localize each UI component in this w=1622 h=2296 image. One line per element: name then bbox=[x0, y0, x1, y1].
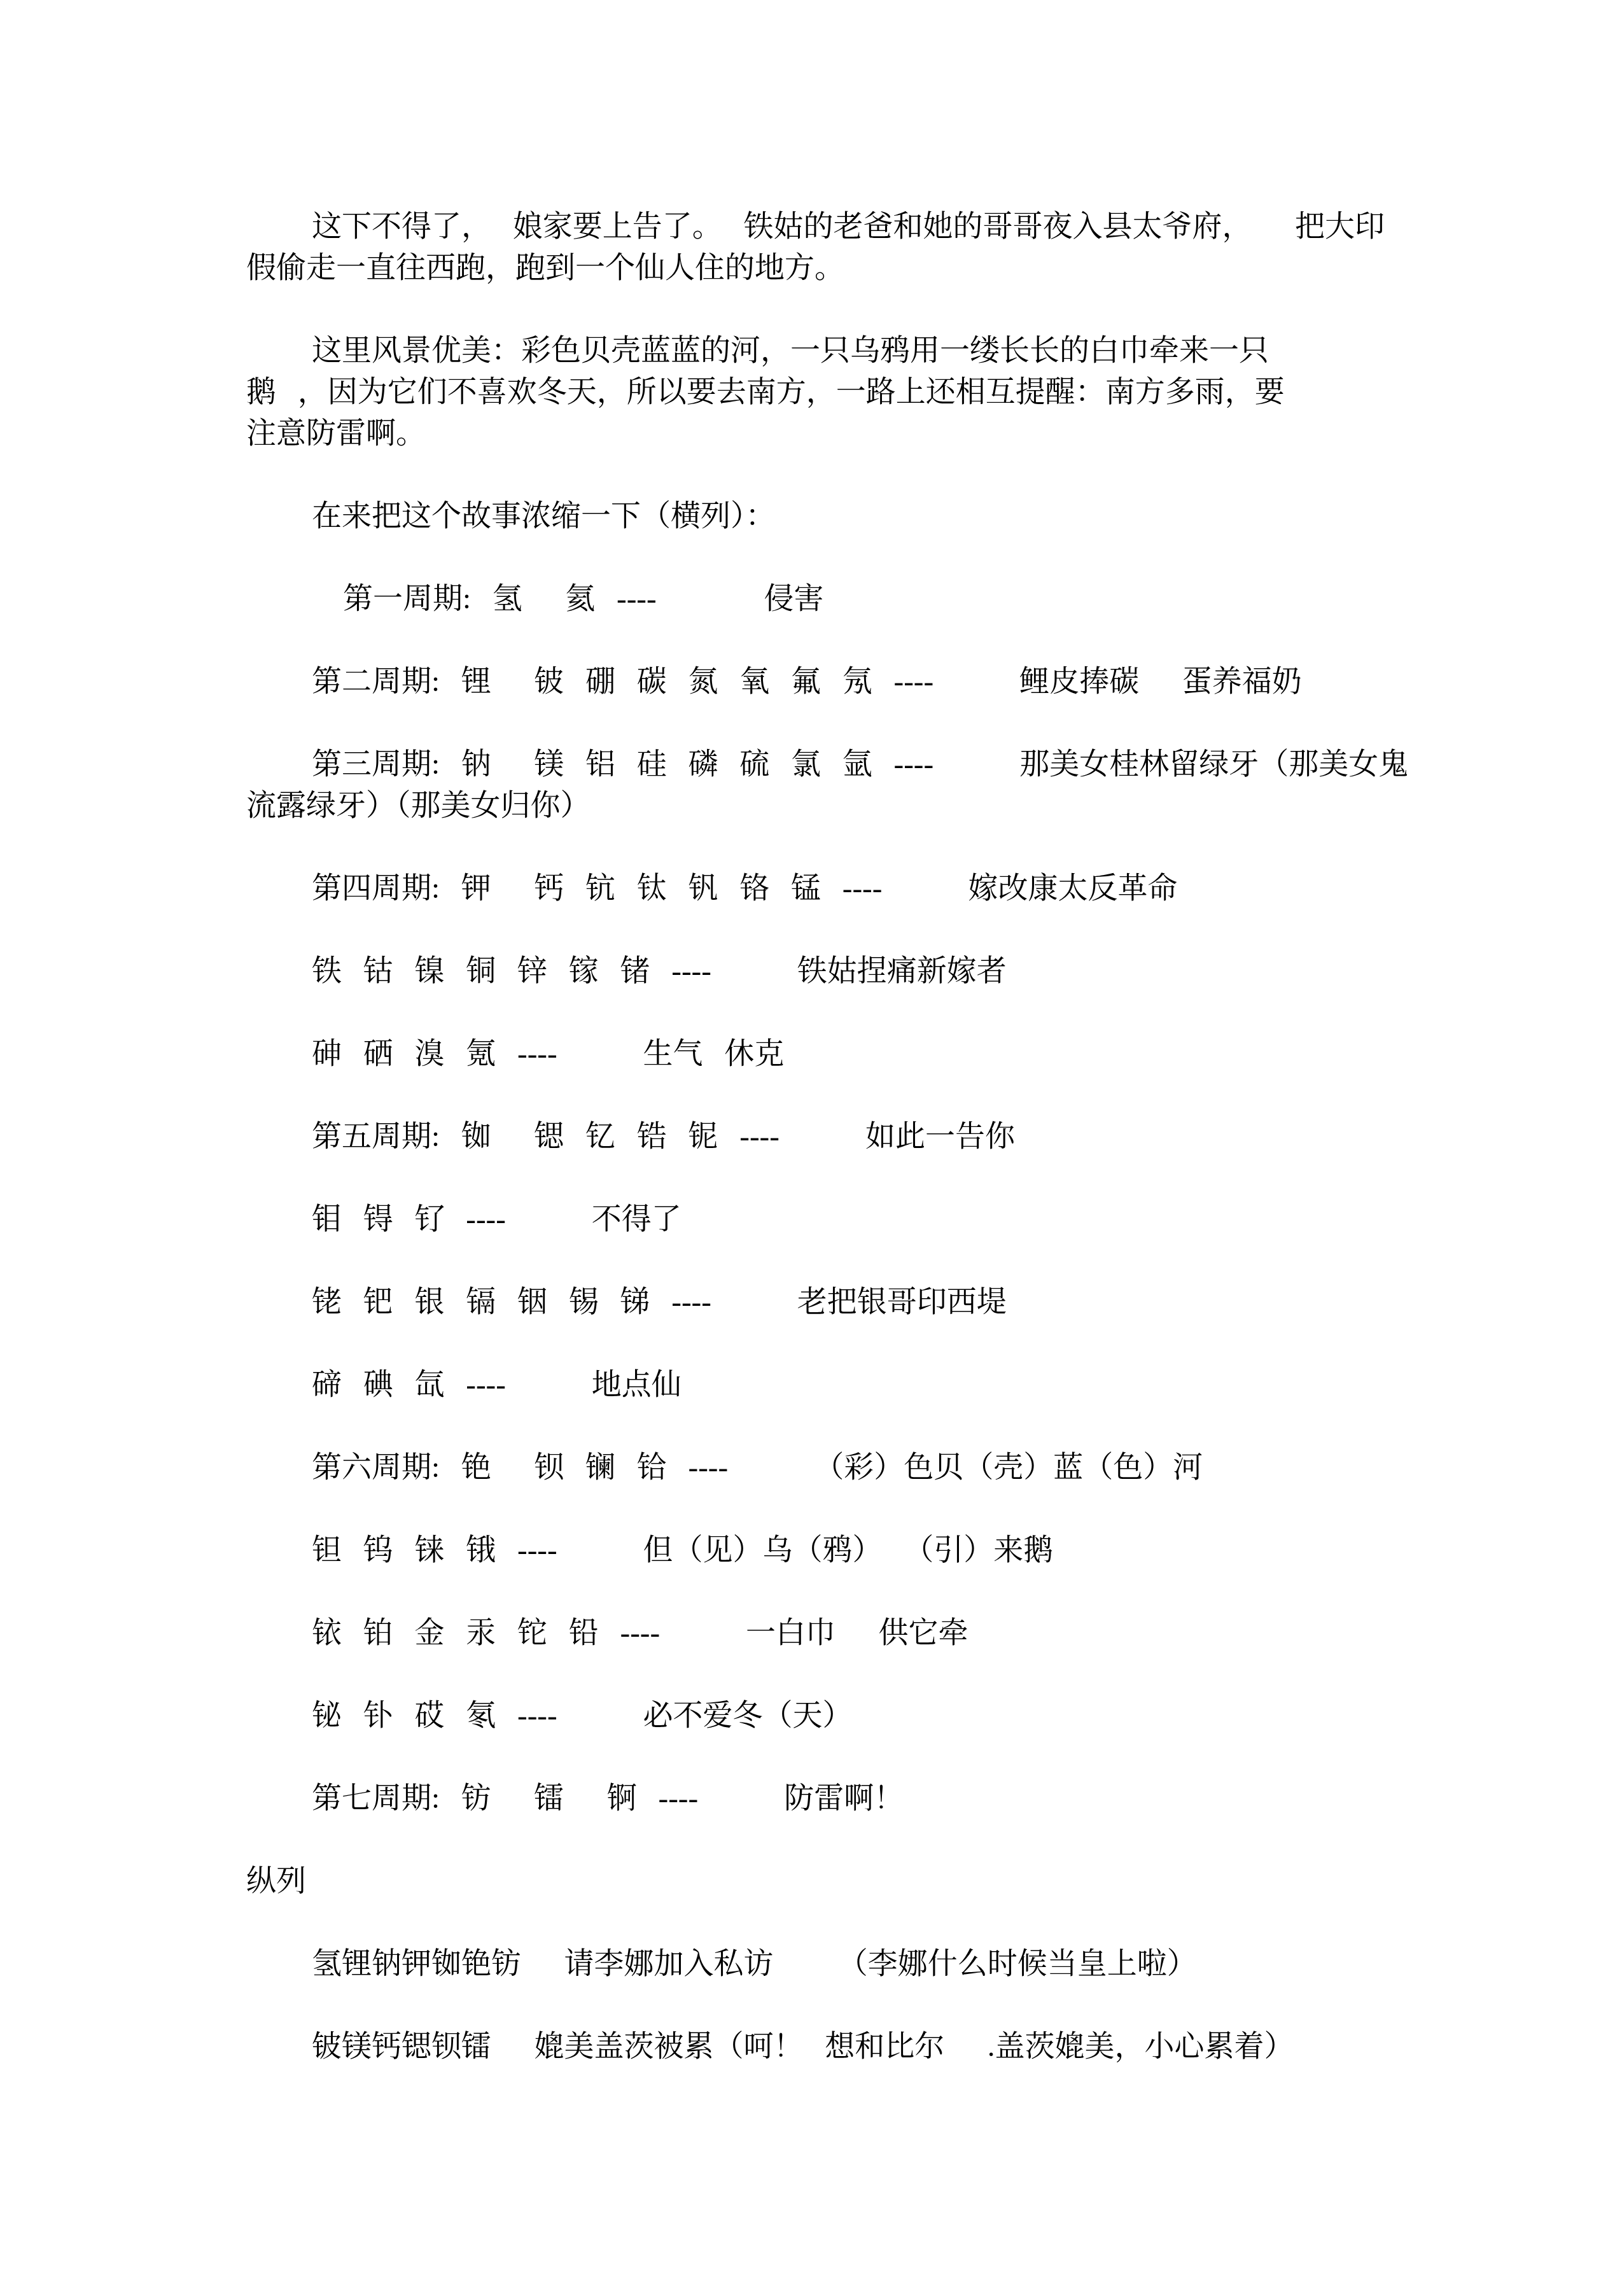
period-row: 第一周期: 氢 氦 ---- 侵害 bbox=[246, 578, 1437, 620]
paragraph-line: 假偷走一直往西跑，跑到一个仙人住的地方。 bbox=[246, 248, 1437, 289]
paragraph-line: 鹅 ，因为它们不喜欢冬天，所以要去南方，一路上还相互提醒：南方多雨，要 bbox=[246, 372, 1437, 413]
document-page: 这下不得了， 娘家要上告了。 铁姑的老爸和她的哥哥夜入县太爷府， 把大印 假偷走… bbox=[0, 0, 1622, 2296]
period-row: 钽 钨 铼 锇 ---- 但（见）乌（鸦） （引）来鹅 bbox=[246, 1530, 1437, 1571]
column-row: 铍镁钙锶钡镭 媲美盖茨被累（呵！ 想和比尔 .盖茨媲美，小心累着） bbox=[246, 2026, 1437, 2068]
period-row: 第五周期: 铷 锶 钇 锆 铌 ---- 如此一告你 bbox=[246, 1116, 1437, 1158]
period-row: 第二周期: 锂 铍 硼 碳 氮 氧 氟 氖 ---- 鲤皮捧碳 蛋养福奶 bbox=[246, 661, 1437, 703]
paragraph-line: 注意防雷啊。 bbox=[246, 413, 1437, 454]
period-row: 铑 钯 银 镉 铟 锡 锑 ---- 老把银哥印西堤 bbox=[246, 1282, 1437, 1323]
period-row: 第三周期: 钠 镁 铝 硅 磷 硫 氯 氩 ---- 那美女桂林留绿牙（那美女鬼 bbox=[246, 744, 1437, 785]
column-row: 氢锂钠钾铷铯钫 请李娜加入私访 （李娜什么时候当皇上啦） bbox=[246, 1943, 1437, 1985]
period-row: 砷 硒 溴 氪 ---- 生气 休克 bbox=[246, 1033, 1437, 1075]
paragraph-line: 这里风景优美：彩色贝壳蓝蓝的河，一只乌鸦用一缕长长的白巾牵来一只 bbox=[246, 330, 1437, 372]
period-row-continuation: 流露绿牙）（那美女归你） bbox=[246, 785, 1437, 827]
period-row: 第七周期: 钫 镭 锕 ---- 防雷啊！ bbox=[246, 1778, 1437, 1819]
period-row: 第四周期: 钾 钙 钪 钛 钒 铬 锰 ---- 嫁改康太反革命 bbox=[246, 868, 1437, 909]
paragraph-line: 这下不得了， 娘家要上告了。 铁姑的老爸和她的哥哥夜入县太爷府， 把大印 bbox=[246, 206, 1437, 248]
paragraph-line: 在来把这个故事浓缩一下（横列）： bbox=[246, 496, 1437, 537]
document-content: 这下不得了， 娘家要上告了。 铁姑的老爸和她的哥哥夜入县太爷府， 把大印 假偷走… bbox=[0, 0, 1622, 2068]
period-row: 铱 铂 金 汞 铊 铅 ---- 一白巾 供它牵 bbox=[246, 1613, 1437, 1654]
period-row: 第六周期: 铯 钡 镧 铪 ---- （彩）色贝（壳）蓝（色）河 bbox=[246, 1447, 1437, 1488]
period-row: 铋 钋 砹 氡 ---- 必不爱冬（天） bbox=[246, 1695, 1437, 1737]
period-row: 铁 钴 镍 铜 锌 镓 锗 ---- 铁姑捏痛新嫁者 bbox=[246, 951, 1437, 992]
period-row: 碲 碘 氙 ---- 地点仙 bbox=[246, 1364, 1437, 1406]
section-label: 纵列 bbox=[246, 1861, 1437, 1902]
period-row: 钼 锝 钌 ---- 不得了 bbox=[246, 1199, 1437, 1240]
